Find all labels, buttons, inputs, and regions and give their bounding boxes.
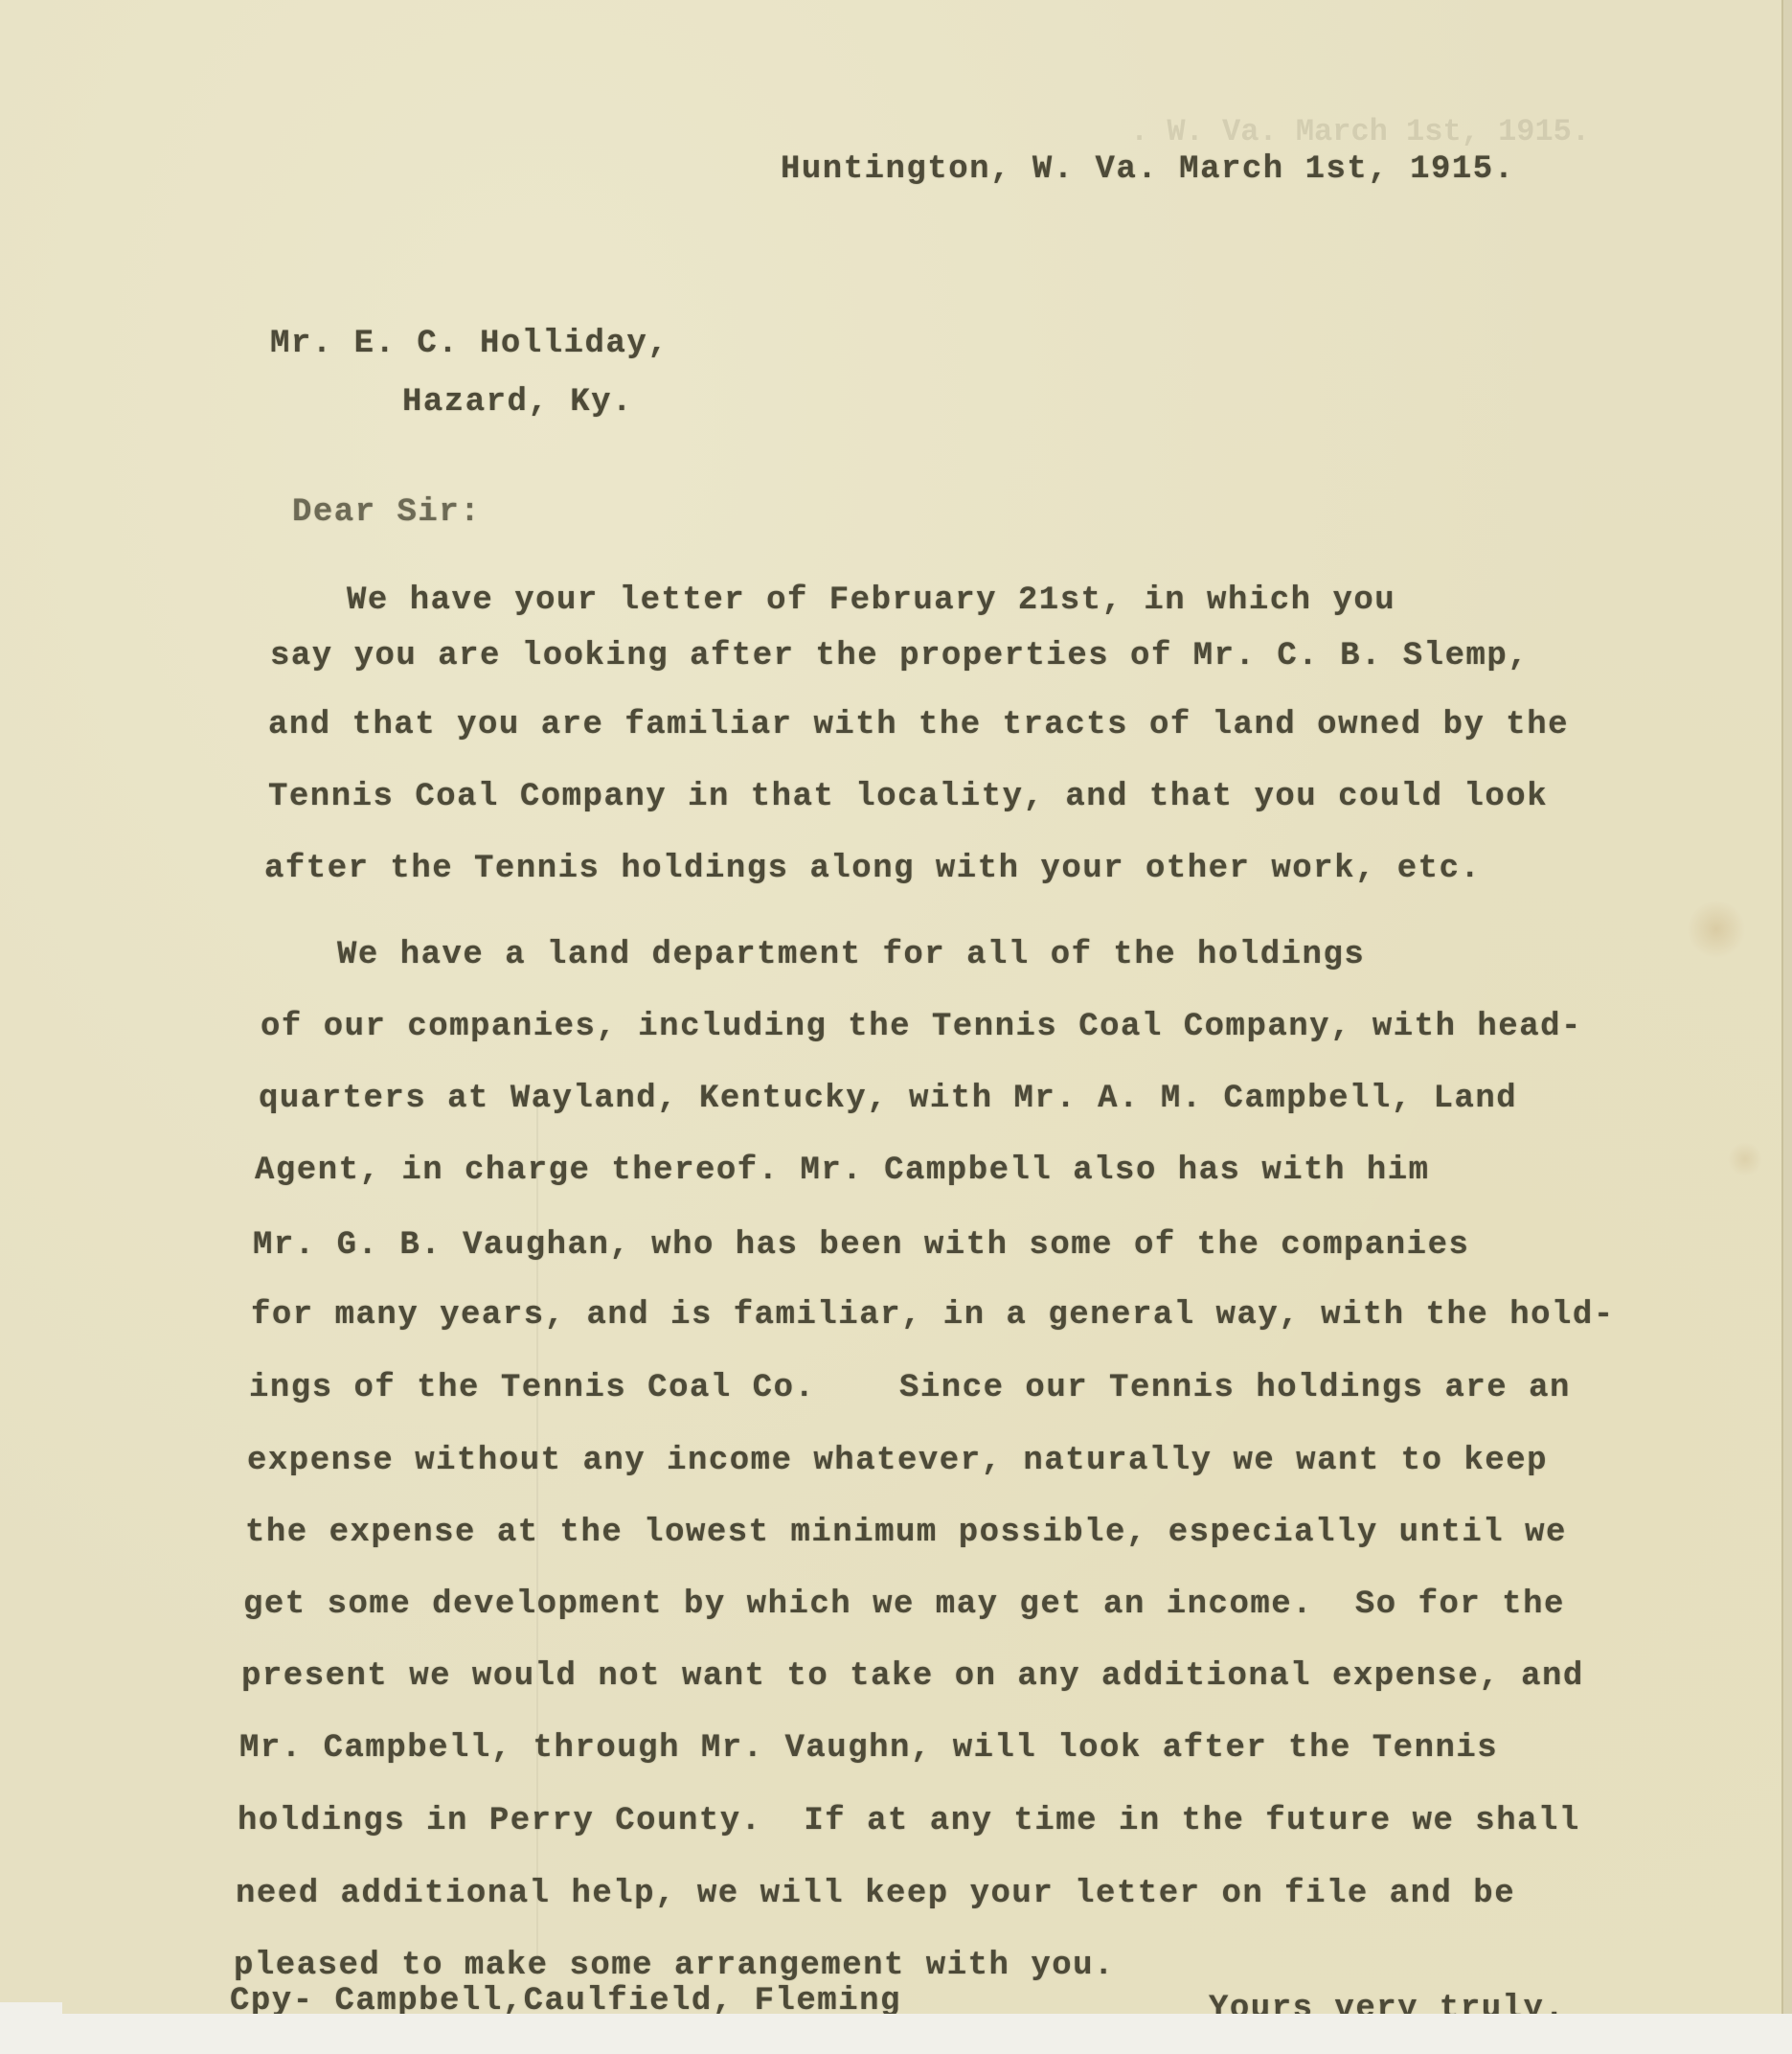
- body-line: Mr. Campbell, through Mr. Vaughn, will l…: [239, 1732, 1498, 1765]
- background-surface-corner: [0, 2002, 62, 2054]
- recipient-address: Hazard, Ky.: [402, 386, 633, 419]
- salutation: Dear Sir:: [292, 496, 481, 529]
- body-line: Mr. G. B. Vaughan, who has been with som…: [253, 1229, 1469, 1262]
- body-line: Tennis Coal Company in that locality, an…: [268, 781, 1548, 813]
- body-line: We have a land department for all of the…: [337, 939, 1365, 971]
- background-surface: [0, 2014, 1792, 2054]
- body-line: pleased to make some arrangement with yo…: [234, 1950, 1115, 1982]
- body-line: We have your letter of February 21st, in…: [347, 584, 1395, 617]
- letter-page: . W. Va. March 1st, 1915. Huntington, W.…: [0, 0, 1792, 2054]
- body-line: ings of the Tennis Coal Co. Since our Te…: [249, 1372, 1571, 1404]
- recipient-name: Mr. E. C. Holliday,: [270, 328, 669, 360]
- dateline: Huntington, W. Va. March 1st, 1915.: [781, 153, 1515, 186]
- body-line: for many years, and is familiar, in a ge…: [251, 1299, 1615, 1332]
- bleed-through-text: . W. Va. March 1st, 1915.: [1130, 117, 1590, 148]
- body-line: and that you are familiar with the tract…: [268, 709, 1569, 742]
- body-line: quarters at Wayland, Kentucky, with Mr. …: [259, 1083, 1517, 1115]
- body-line: after the Tennis holdings along with you…: [264, 853, 1481, 885]
- body-line: the expense at the lowest minimum possib…: [245, 1517, 1567, 1549]
- body-line: Agent, in charge thereof. Mr. Campbell a…: [255, 1154, 1430, 1187]
- body-line: present we would not want to take on any…: [241, 1660, 1584, 1693]
- body-line: holdings in Perry County. If at any time…: [238, 1805, 1580, 1837]
- body-line: get some development by which we may get…: [243, 1588, 1565, 1621]
- body-line: of our companies, including the Tennis C…: [261, 1011, 1582, 1043]
- body-line: need additional help, we will keep your …: [236, 1878, 1515, 1910]
- body-line: say you are looking after the properties…: [270, 640, 1529, 673]
- paper-edge: [1781, 0, 1792, 2054]
- body-line: expense without any income whatever, nat…: [247, 1445, 1548, 1477]
- copy-distribution-line: Cpy- Campbell,Caulfield, Fleming: [230, 1985, 901, 2018]
